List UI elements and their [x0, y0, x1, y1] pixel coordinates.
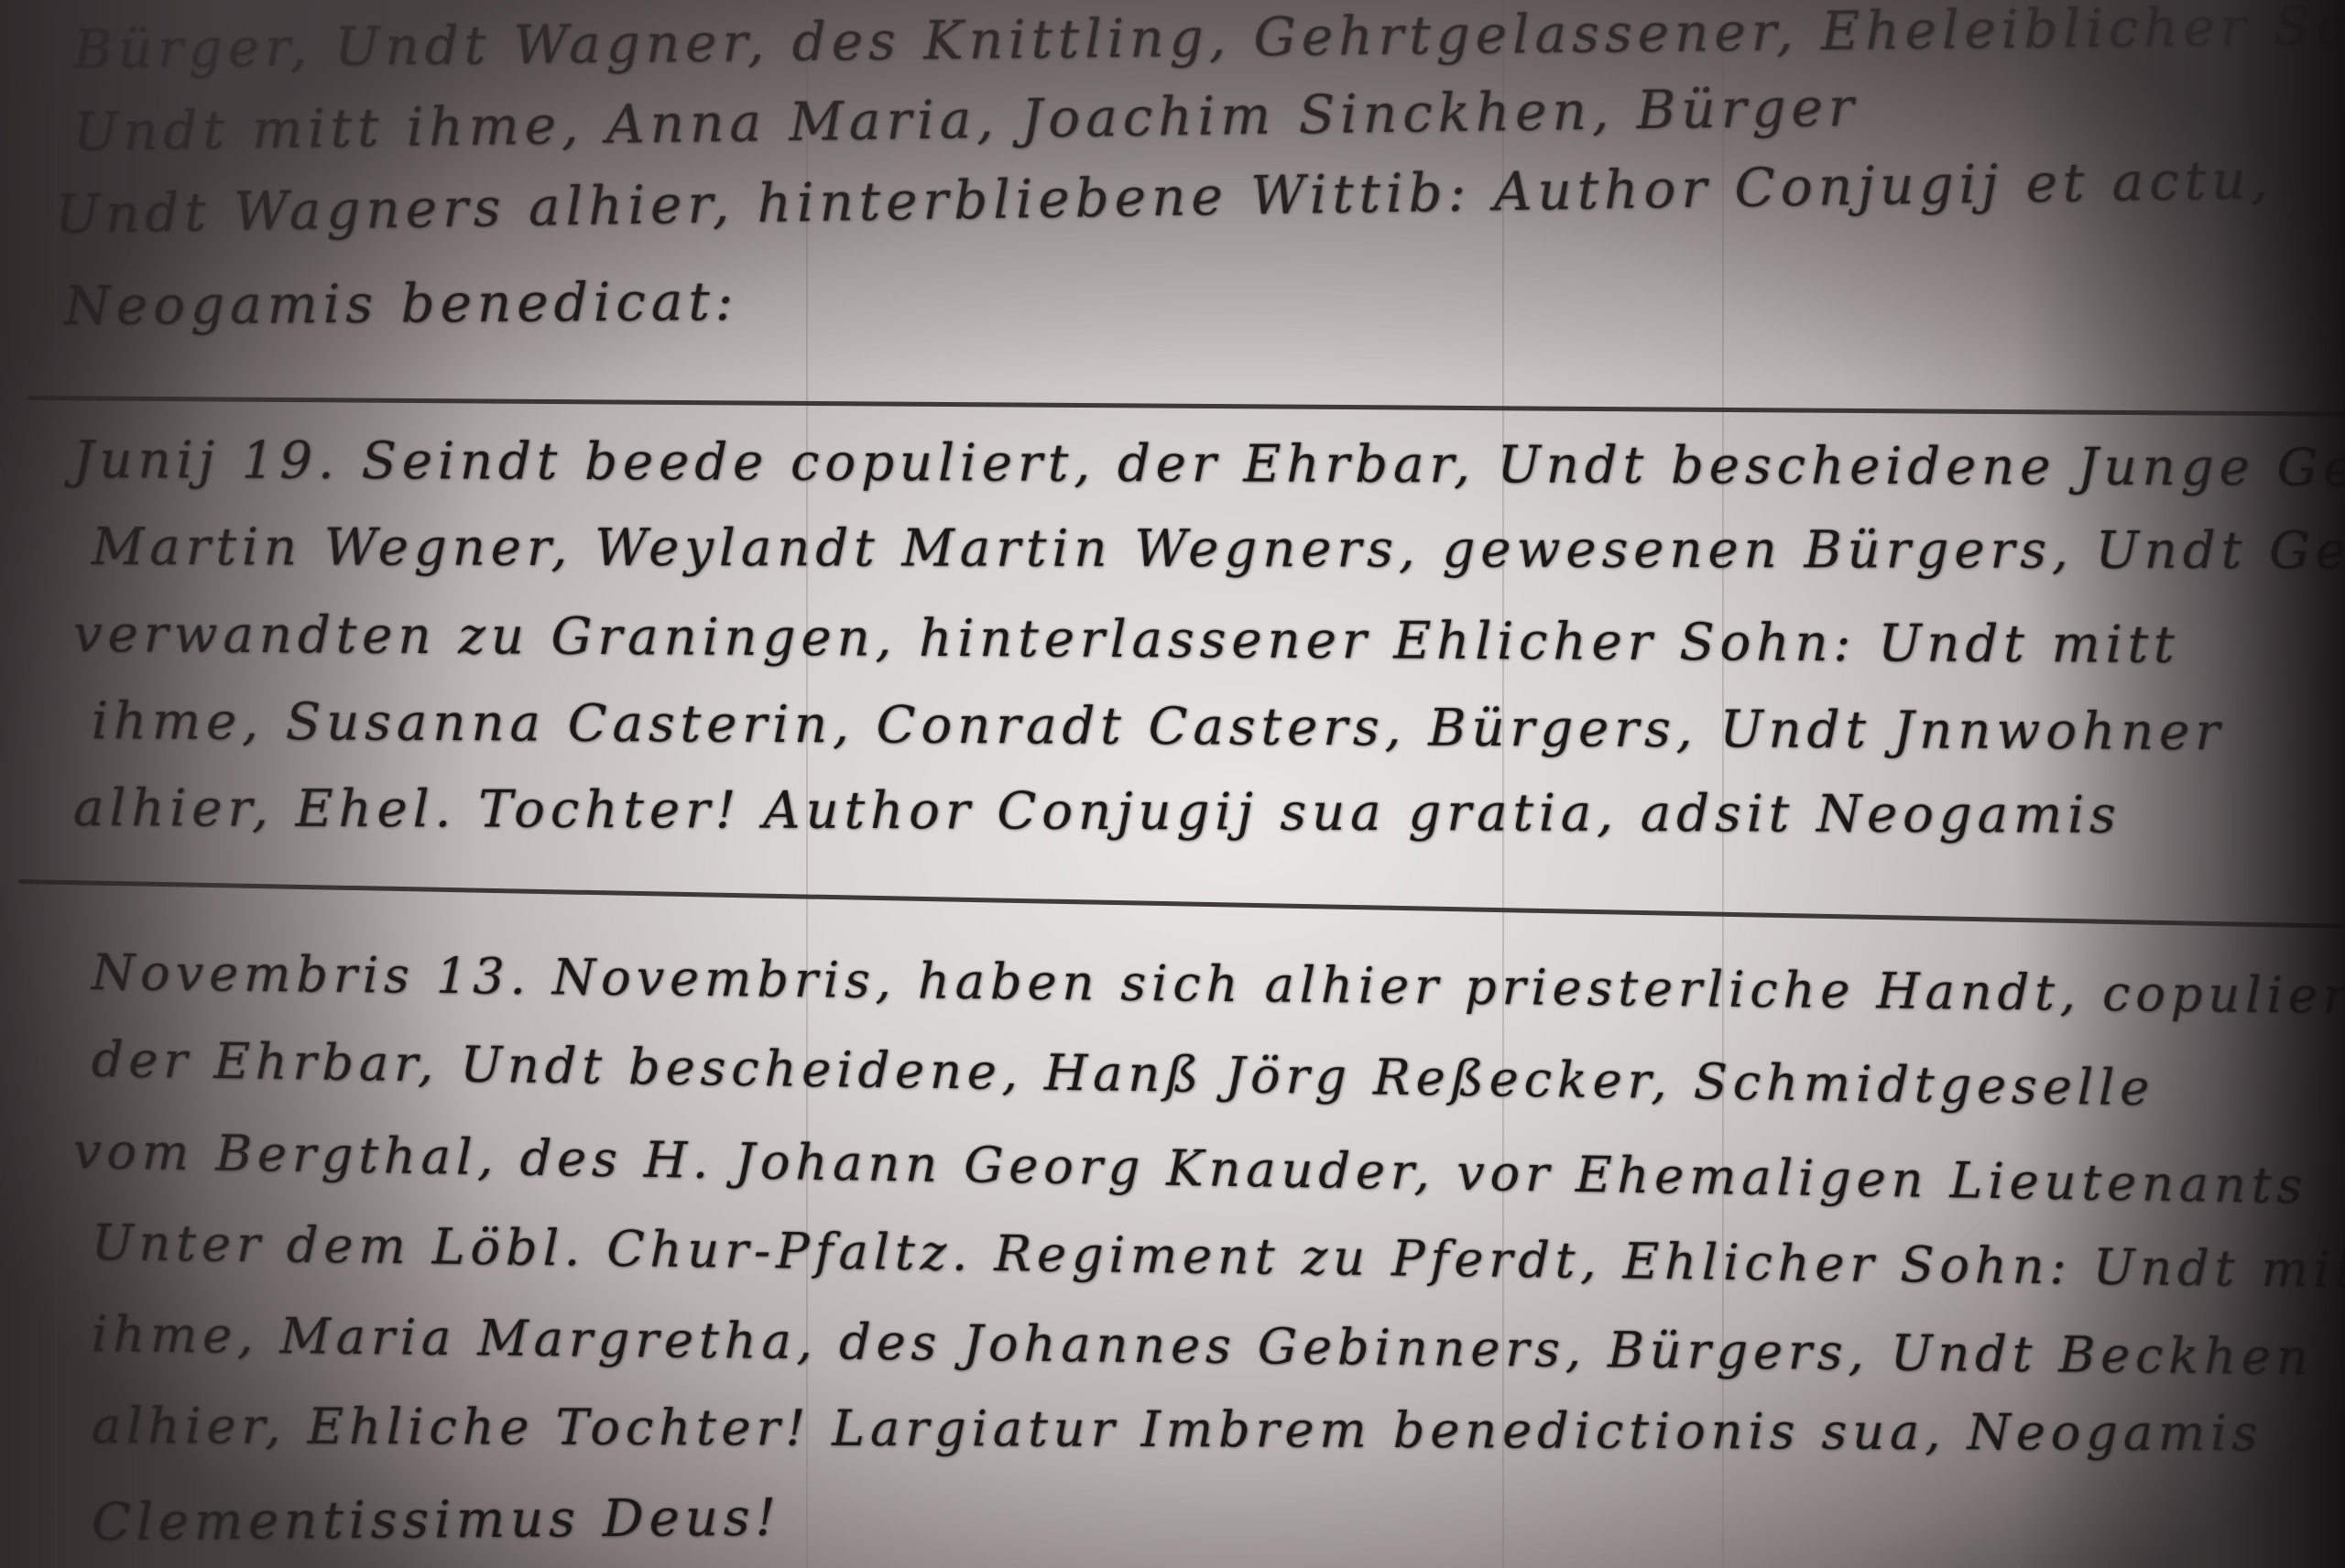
entry-line: alhier, Ehliche Tochter! Largiatur Imbre… — [92, 1397, 2263, 1462]
entry-line: Undt Wagners alhier, hinterbliebene Witt… — [54, 148, 2274, 245]
entry-line: ihme, Maria Margretha, des Johannes Gebi… — [92, 1305, 2314, 1386]
entry-line: Bürger, Undt Wagner, des Knittling, Gehr… — [73, 0, 2345, 81]
entry-line: Clementissimus Deus! — [92, 1488, 781, 1552]
entry-separator-line — [18, 879, 2345, 929]
register-page: Bürger, Undt Wagner, des Knittling, Gehr… — [0, 0, 2345, 1568]
entry-line: Junij 19. Seindt beede copuliert, der Eh… — [73, 430, 2345, 498]
entry-line: Undt mitt ihme, Anna Maria, Joachim Sinc… — [73, 76, 1860, 163]
entry-line: der Ehrbar, Undt bescheidene, Hanß Jörg … — [92, 1030, 2155, 1116]
entry-line: Neogamis benedicat: — [64, 270, 739, 337]
entry-line: Unter dem Löbl. Chur-Pfaltz. Regiment zu… — [92, 1214, 2345, 1300]
entry-line: Martin Wegner, Weylandt Martin Wegners, … — [92, 517, 2345, 582]
entry-separator-line — [27, 396, 2345, 417]
entry-line: Novembris 13. Novembris, haben sich alhi… — [92, 943, 2345, 1028]
entry-line: ihme, Susanna Casterin, Conradt Casters,… — [92, 691, 2225, 762]
entry-line: verwandten zu Graningen, hinterlassener … — [73, 604, 2180, 675]
entry-line: alhier, Ehel. Tochter! Author Conjugij s… — [73, 779, 2121, 845]
entry-line: vom Bergthal, des H. Johann Georg Knaude… — [73, 1122, 2308, 1214]
